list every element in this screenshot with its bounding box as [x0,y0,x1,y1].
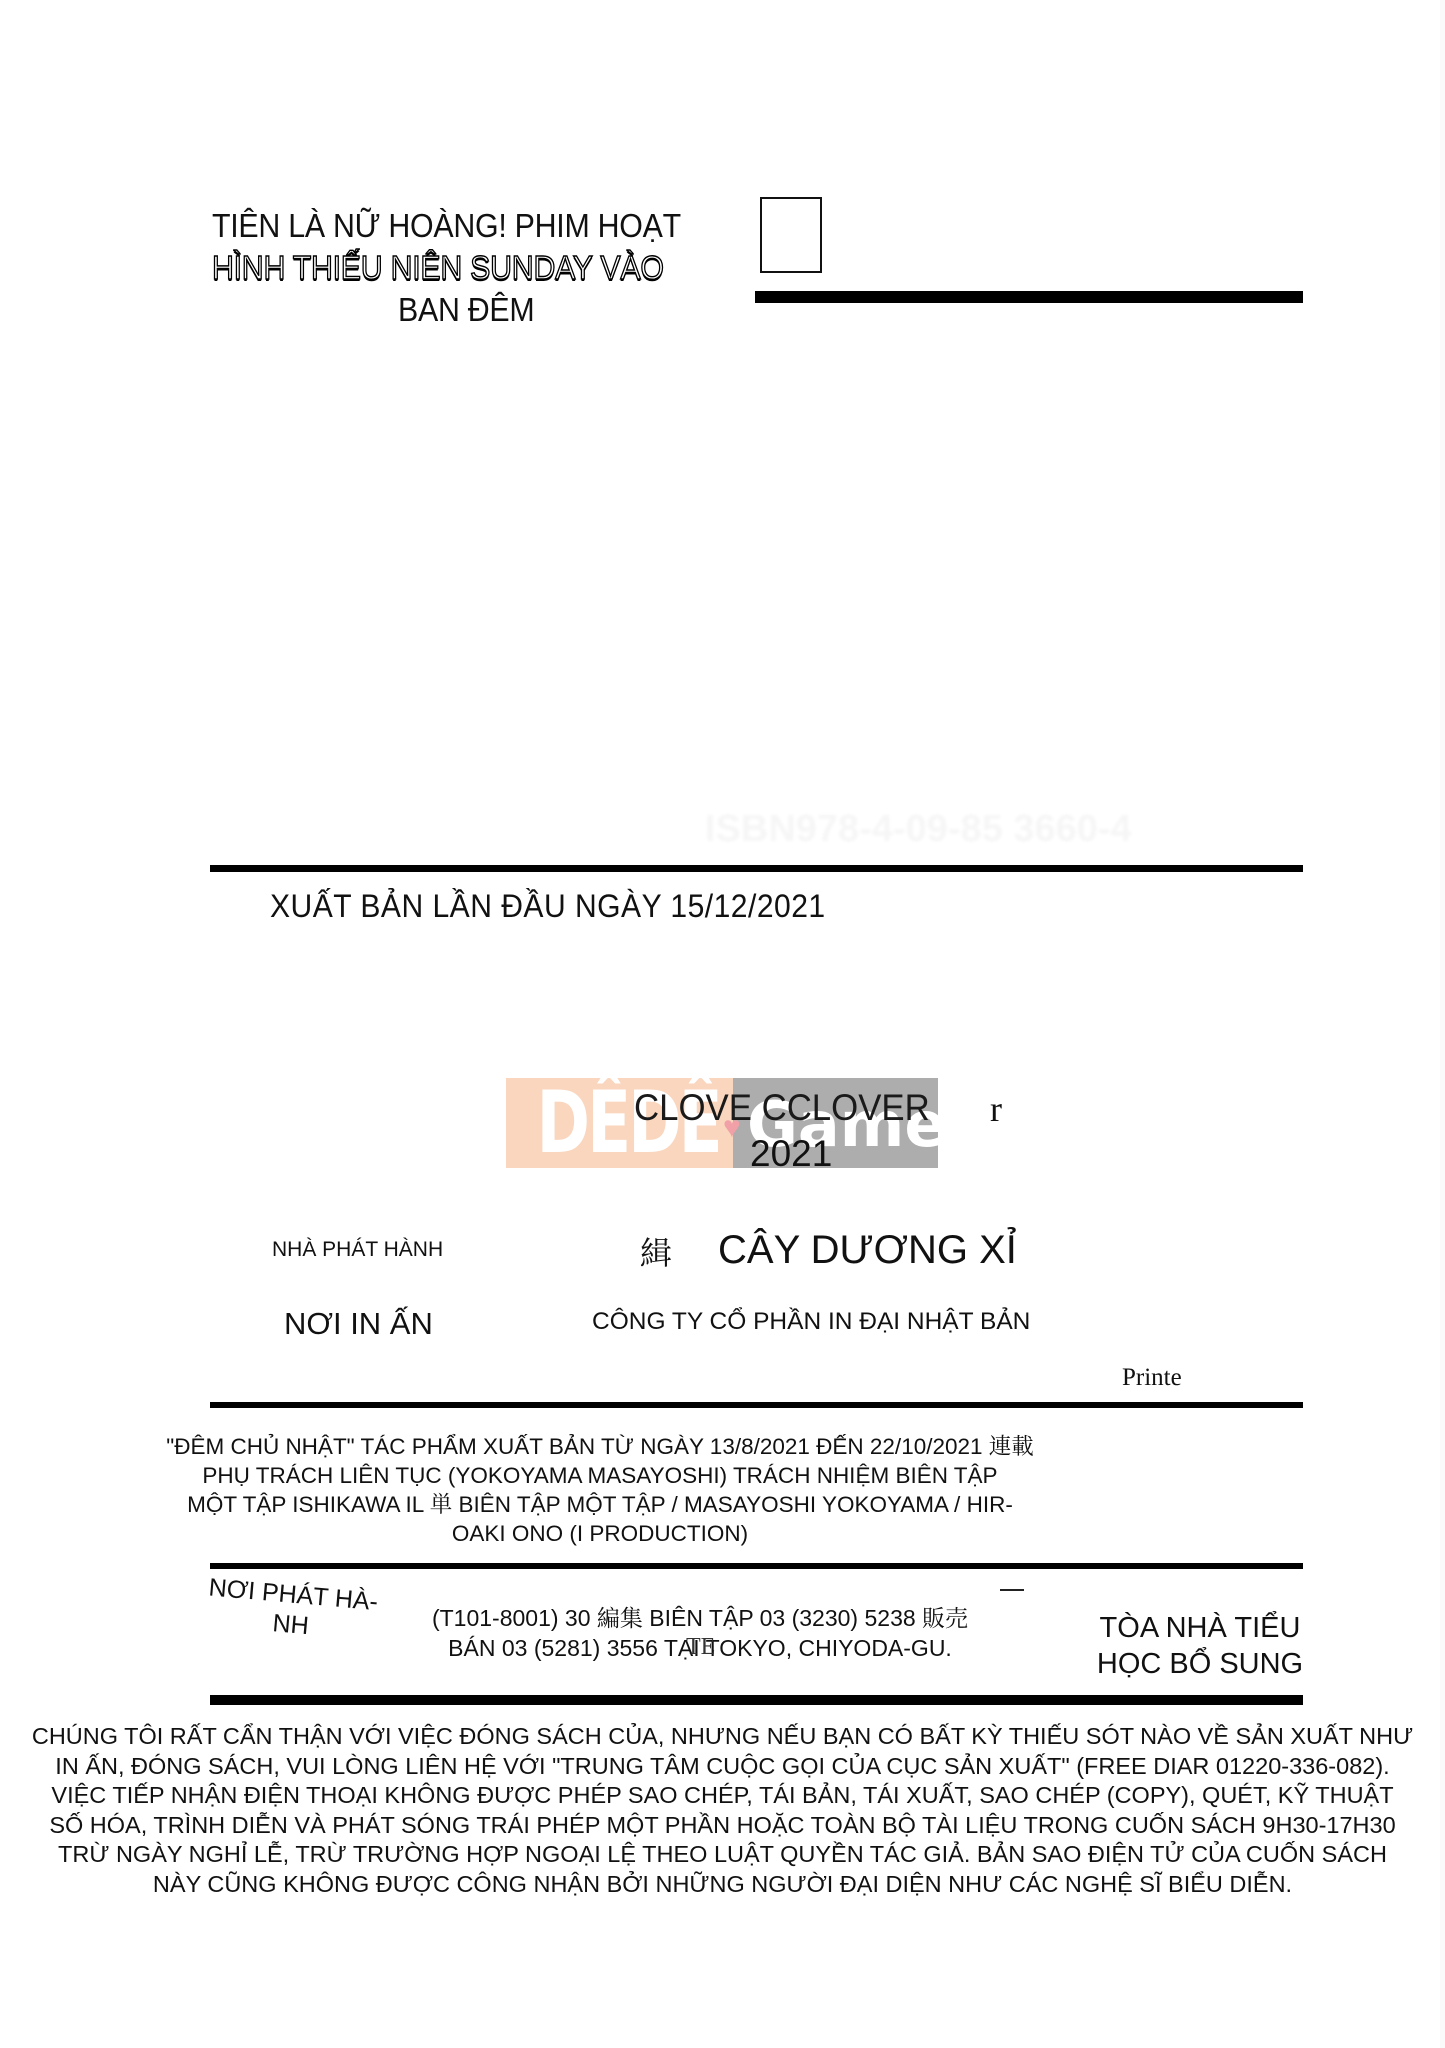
notice-line: NÀY CŨNG KHÔNG ĐƯỢC CÔNG NHẬN BỞI NHỮNG … [0,1870,1445,1900]
rule-2 [210,1402,1303,1408]
printer-name: CÔNG TY CỔ PHẦN IN ĐẠI NHẬT BẢN [592,1308,1030,1336]
empty-box-placeholder [760,197,822,273]
rule-1 [210,865,1303,872]
notice-line: TRỪ NGÀY NGHỈ LỄ, TRỪ TRƯỜNG HỢP NGOẠI L… [0,1840,1445,1870]
building-name: TÒA NHÀ TIỂU HỌC BỔ SUNG [1090,1610,1310,1682]
rule-title [755,291,1303,303]
publisher-label: NHÀ PHÁT HÀNH [272,1238,443,1262]
title-line-1: TIÊN LÀ NỮ HOÀNG! PHIM HOẠT [212,206,681,246]
copyright-name: CLOVE CCLOVER [634,1088,930,1128]
credits-line: PHỤ TRÁCH LIÊN TỤC (YOKOYAMA MASAYOSHI) … [120,1461,1080,1490]
printer-label: NƠI IN ẤN [284,1306,433,1342]
first-edition-date: XUẤT BẢN LẦN ĐẦU NGÀY 15/12/2021 [270,888,826,925]
rule-4 [210,1695,1303,1705]
legal-notice: CHÚNG TÔI RẤT CẨN THẬN VỚI VIỆC ĐÓNG SÁC… [0,1722,1445,1899]
title-line-2: HÌNH THIẾU NIÊN SUNDAY VÀO [212,248,664,288]
credits-line: OAKI ONO (I PRODUCTION) [120,1519,1080,1548]
publisher-name: CÂY DƯƠNG XỈ [718,1228,1017,1273]
address-line: (T101-8001) 30 編集 BIÊN TẬP 03 (3230) 523… [390,1603,1010,1633]
credits-line: MỘT TẬP ISHIKAWA IL 単 BIÊN TẬP MỘT TẬP /… [120,1490,1080,1519]
credits-line: "ĐÊM CHỦ NHẬT" TÁC PHẨM XUẤT BẢN TỪ NGÀY… [120,1432,1080,1461]
copyright-year: 2021 [750,1134,832,1174]
notice-line: VIỆC TIẾP NHẬN ĐIỆN THOẠI KHÔNG ĐƯỢC PHÉ… [0,1781,1445,1811]
issuer-label: NƠI PHÁT HÀ- NH [200,1572,385,1647]
printed-fragment: Printe [1122,1364,1182,1392]
notice-line: CHÚNG TÔI RẤT CẨN THẬN VỚI VIỆC ĐÓNG SÁC… [0,1722,1445,1752]
ghost-isbn: ISBN978-4-09-85 3660-4 [705,808,1132,851]
dash-mark [1000,1589,1024,1591]
title-line-3: BAN ĐÊM [398,290,534,330]
rule-3 [210,1563,1303,1569]
notice-line: IN ẤN, ĐÓNG SÁCH, VUI LÒNG LIÊN HỆ VỚI "… [0,1752,1445,1782]
copyright-trailing-glyph: r [990,1088,1002,1130]
publisher-kanji: 緝 [640,1228,672,1274]
notice-line: SỐ HÓA, TRÌNH DIỄN VÀ PHÁT SÓNG TRÁI PHÉ… [0,1811,1445,1841]
stray-mark: TE [686,1634,715,1661]
credits-block: "ĐÊM CHỦ NHẬT" TÁC PHẨM XUẤT BẢN TỪ NGÀY… [120,1432,1080,1548]
